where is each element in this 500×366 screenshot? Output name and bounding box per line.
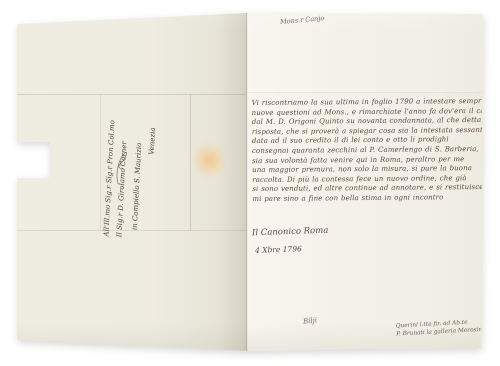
wax-seal-stain	[192, 142, 226, 178]
letter-body: Vi riscontriamo la sua ultima in foglio …	[252, 97, 483, 205]
address-rotated-text: All'Ill.mo Sig.r Sig.r Pron Col.mo Il Si…	[100, 94, 171, 239]
fold-crease-horizontal-top-right	[247, 92, 483, 93]
letter-photograph: All'Ill.mo Sig.r Sig.r Pron Col.mo Il Si…	[0, 0, 500, 366]
address-block: All'Ill.mo Sig.r Sig.r Pron Col.mo Il Si…	[100, 94, 171, 239]
date-line: 4 Xbre 1796	[255, 244, 302, 255]
paper-shadow-wrap: All'Ill.mo Sig.r Sig.r Pron Col.mo Il Si…	[0, 0, 500, 366]
center-fold	[246, 13, 248, 351]
pencil-note-center: Bilji	[303, 316, 318, 325]
letter-sheet: All'Ill.mo Sig.r Sig.r Pron Col.mo Il Si…	[0, 0, 500, 366]
fold-crease-vertical-right	[190, 94, 191, 231]
body-line: mi pare sino a fine con bella stima in o…	[252, 193, 482, 205]
